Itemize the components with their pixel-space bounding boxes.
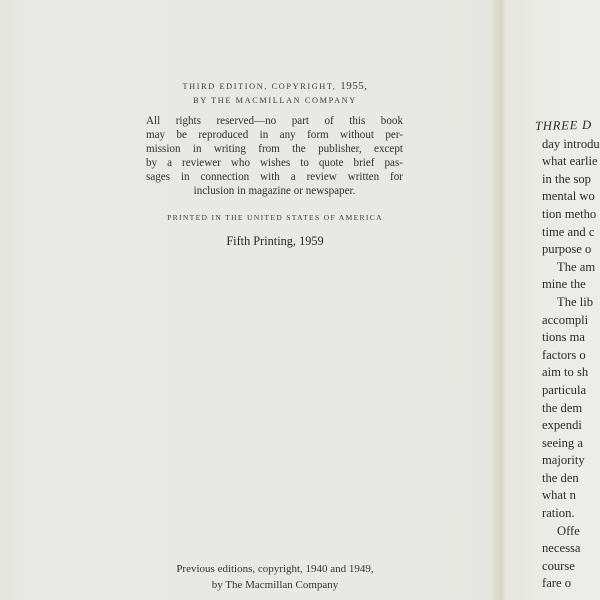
right-page-line: tions ma xyxy=(535,329,600,347)
previous-editions-line: by The Macmillan Company xyxy=(140,578,410,594)
right-page-line: particula xyxy=(535,382,600,400)
right-page-line: The lib xyxy=(535,294,600,312)
rights-notice-line: All rights reserved—no part of this book xyxy=(146,114,403,128)
right-page-line: Offe xyxy=(535,523,600,541)
rights-notice-line: may be reproduced in any form without pe… xyxy=(146,128,403,142)
rights-notice-line: mission in writing from the publisher, e… xyxy=(146,142,403,156)
copyright-line: Third edition, copyright, 1955, xyxy=(140,80,410,92)
rights-notice-line: sages in connection with a review writte… xyxy=(146,170,403,184)
printing-line: Fifth Printing, 1959 xyxy=(140,234,410,249)
right-page-line: ration. xyxy=(535,505,600,523)
right-page-line: seeing a xyxy=(535,435,600,453)
right-page: THREE D day introduwhat earliein the sop… xyxy=(505,0,600,600)
right-page-line: aim to sh xyxy=(535,364,600,382)
right-page-line: factors o xyxy=(535,347,600,365)
right-page-line: day introdu xyxy=(535,136,600,154)
previous-editions: Previous editions, copyright, 1940 and 1… xyxy=(140,562,410,593)
book-spread: Third edition, copyright, 1955, by the M… xyxy=(0,0,600,600)
right-page-line: accompli xyxy=(535,312,600,330)
right-page-line: mine the xyxy=(535,276,600,294)
rights-notice: All rights reserved—no part of this book… xyxy=(146,114,403,199)
right-page-line: course xyxy=(535,558,600,576)
right-page-line: purpose o xyxy=(535,241,600,259)
right-page-line: time and c xyxy=(535,224,600,242)
right-page-line: necessa xyxy=(535,540,600,558)
right-page-line: The am xyxy=(535,259,600,277)
right-page-line: the dem xyxy=(535,400,600,418)
right-page-line: in the sop xyxy=(535,171,600,189)
left-page: Third edition, copyright, 1955, by the M… xyxy=(0,0,495,600)
chapter-heading: THREE D xyxy=(535,115,600,136)
right-page-line: fare o xyxy=(535,575,600,593)
right-page-line: expendi xyxy=(535,417,600,435)
right-page-text: THREE D day introduwhat earliein the sop… xyxy=(535,118,600,593)
previous-editions-line: Previous editions, copyright, 1940 and 1… xyxy=(140,562,410,578)
right-page-line: what n xyxy=(535,487,600,505)
copyright-year: 1955, xyxy=(340,80,367,92)
right-page-line: tion metho xyxy=(535,206,600,224)
right-page-line: mental wo xyxy=(535,188,600,206)
printed-in-line: Printed in the United States of America xyxy=(140,213,410,222)
right-page-line: the den xyxy=(535,470,600,488)
right-page-line: what earlie xyxy=(535,153,600,171)
rights-notice-line: by a reviewer who wishes to quote brief … xyxy=(146,156,403,170)
copyright-text: Third edition, copyright, xyxy=(182,82,340,91)
publisher-line: by the Macmillan Company xyxy=(140,96,410,105)
rights-notice-line: inclusion in magazine or newspaper. xyxy=(146,184,403,198)
right-page-line: majority xyxy=(535,452,600,470)
